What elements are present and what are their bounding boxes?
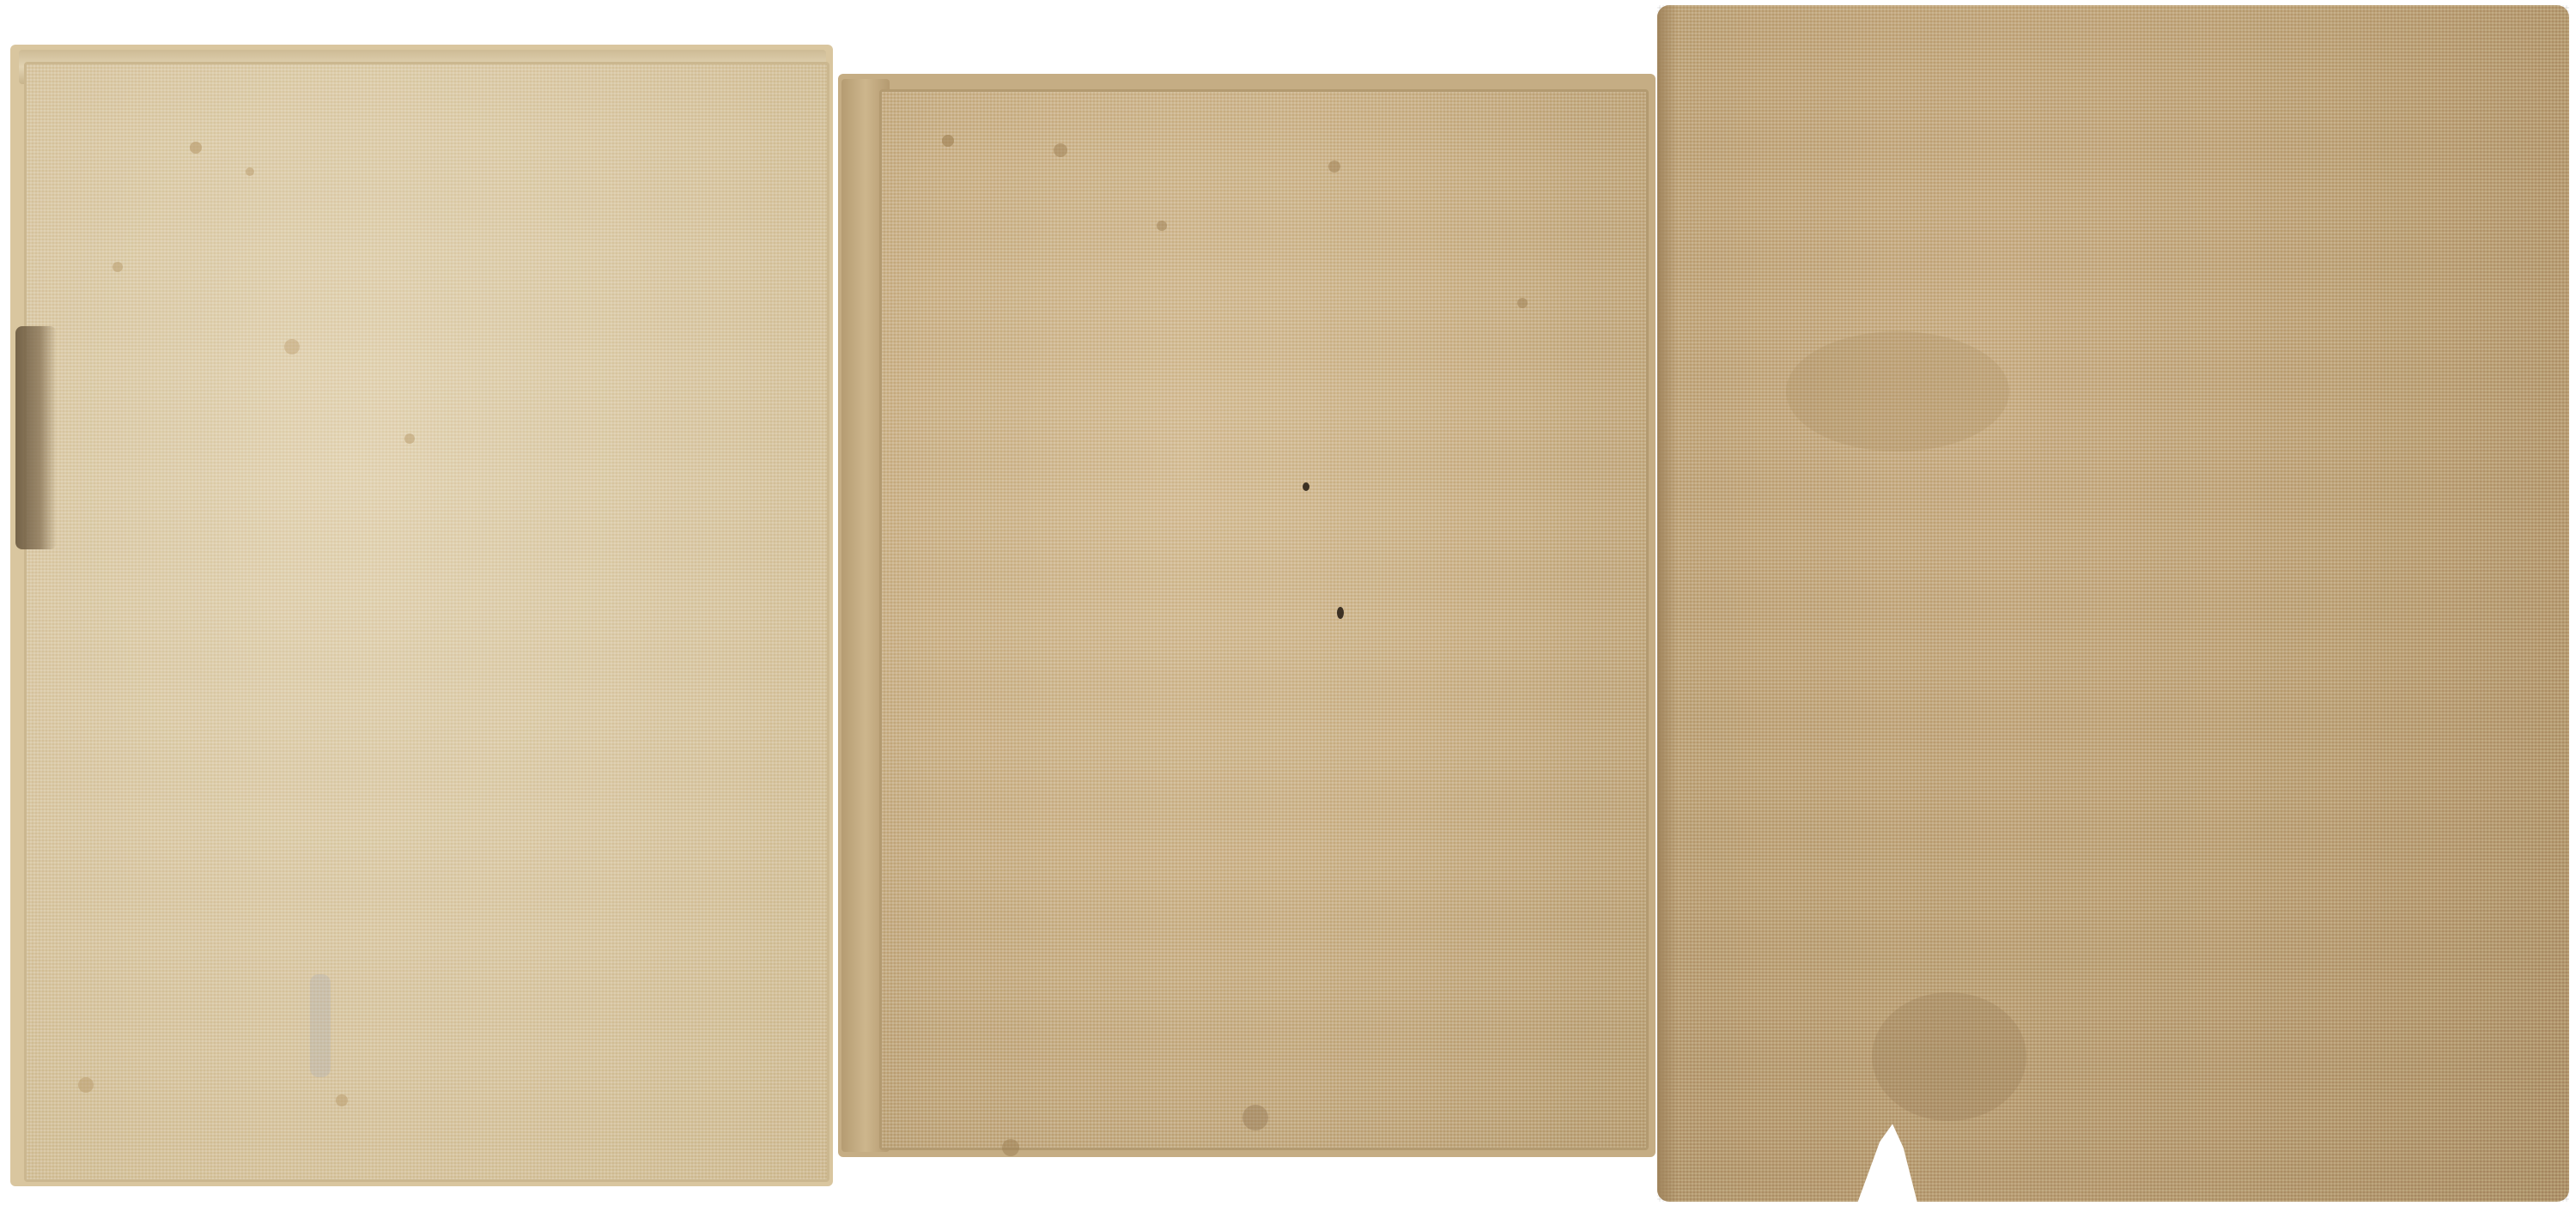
book1-cover: Light beige cloth book cover with frayed… (24, 62, 829, 1182)
slipcase: Coarse linen slipcase with thumb notch (1657, 5, 2569, 1202)
slipcase-left-edge (1657, 5, 1678, 1202)
book2-cover: Foxed tan cloth book cover (879, 89, 1649, 1150)
book1-spine-stain (15, 326, 57, 549)
